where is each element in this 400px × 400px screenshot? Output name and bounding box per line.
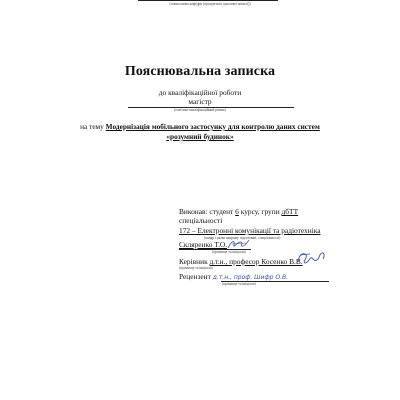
topic-line-1: на тему Модернізація мобільного застосун… [0, 122, 400, 131]
supervisor-caption: (прізвище та ініціали) [179, 266, 213, 270]
supervisor-row: Керівник д.т.н., професор Косенко В.В. [179, 257, 303, 266]
document-subtitle: до кваліфікаційної роботи [0, 88, 400, 97]
reviewer-row: Рецензент д.т.н., проф. Шифр О.В. [179, 272, 288, 281]
supervisor-value: д.т.н., професор Косенко В.В. [210, 257, 303, 266]
group-value: дбТТ [282, 207, 299, 216]
supervisor-signature-icon [296, 250, 326, 266]
department-line [138, 0, 278, 1]
student-info-row: Виконав: студент 6 курсу, групи дбТТ [179, 207, 298, 216]
topic-prefix: на тему [80, 122, 104, 131]
reviewer-caption: (прізвище та ініціали) [222, 282, 256, 286]
specialty-value: 172 – Електронні комунікації та радіотех… [179, 226, 321, 235]
course-label: курсу, групи [241, 207, 280, 216]
topic-line-2: «розумний будинок» [0, 132, 400, 141]
reviewer-label: Рецензент [179, 272, 211, 281]
document-title: Пояснювальна записка [0, 64, 400, 80]
performed-label: Виконав: студент [179, 207, 233, 216]
student-signature-icon [226, 238, 250, 250]
reviewer-value: д.т.н., проф. Шифр О.В. [213, 274, 288, 281]
department-caption: (повна назва кафедри (предметної, циклов… [140, 2, 280, 6]
qualification-caption: (освітньо-кваліфікаційний рівень) [0, 108, 400, 112]
course-value: 6 [235, 207, 239, 216]
topic-text-1: Модернізація мобільного застосунку для к… [106, 122, 320, 131]
student-caption: (прізвище та ініціали) [212, 250, 246, 254]
supervisor-label: Керівник [179, 257, 208, 266]
student-name: Скляренко Т.О. [179, 240, 227, 249]
specialty-label: спеціальності [179, 216, 222, 225]
topic-text-2: «розумний будинок» [166, 132, 233, 141]
qualification-level: магістр [0, 97, 400, 106]
